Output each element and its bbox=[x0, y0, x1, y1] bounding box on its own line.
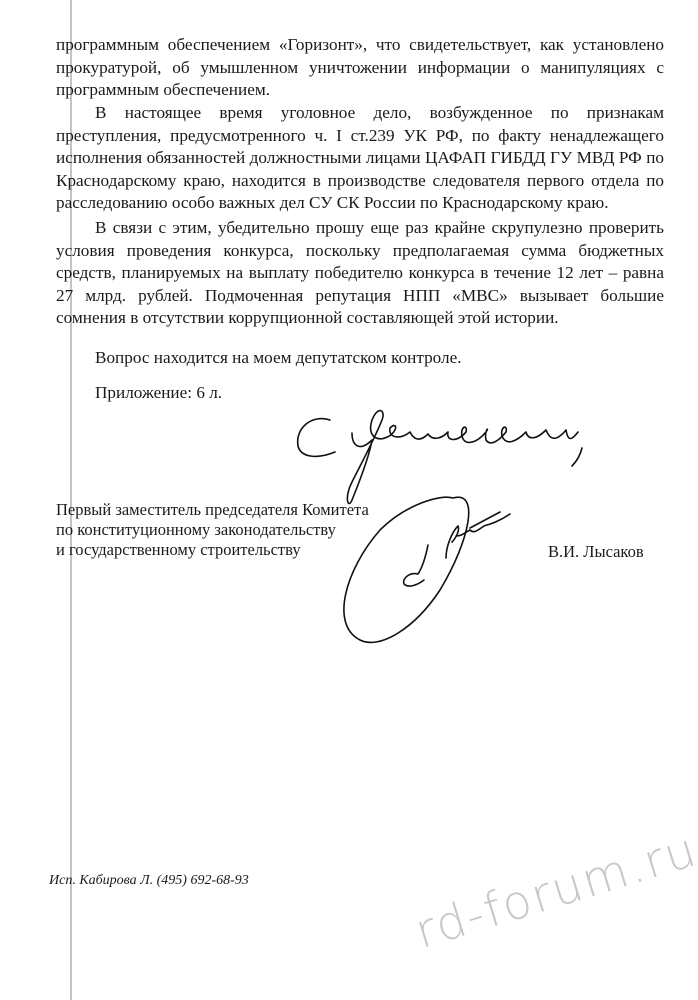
closing-handwriting-icon bbox=[298, 419, 335, 457]
